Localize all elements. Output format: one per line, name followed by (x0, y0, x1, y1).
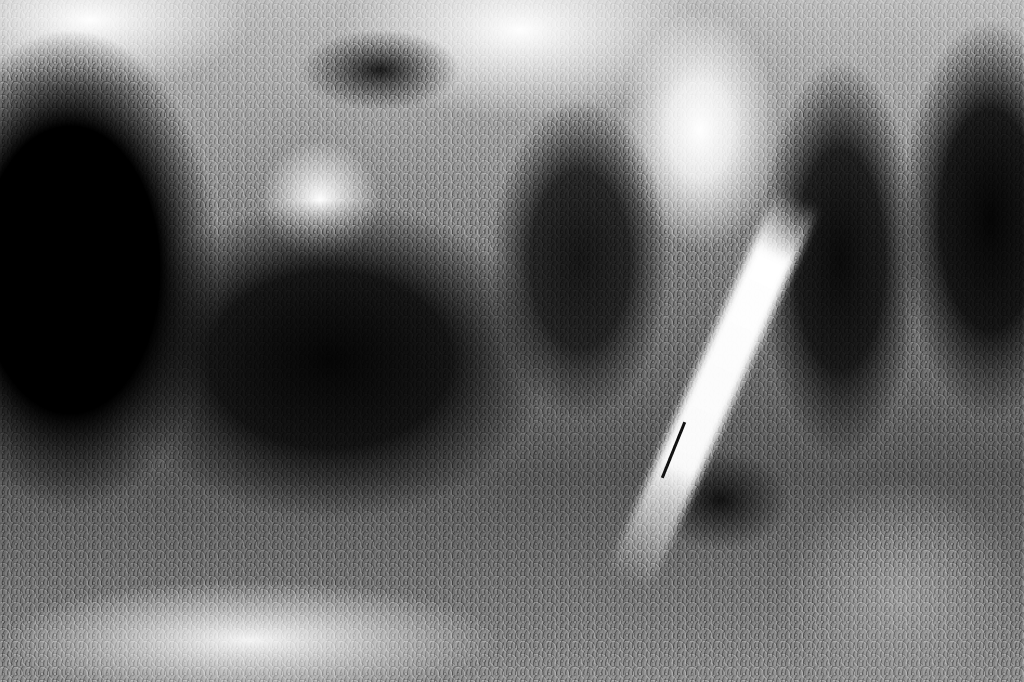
noise-overlay (0, 0, 1024, 682)
grunge-texture (0, 0, 1024, 682)
